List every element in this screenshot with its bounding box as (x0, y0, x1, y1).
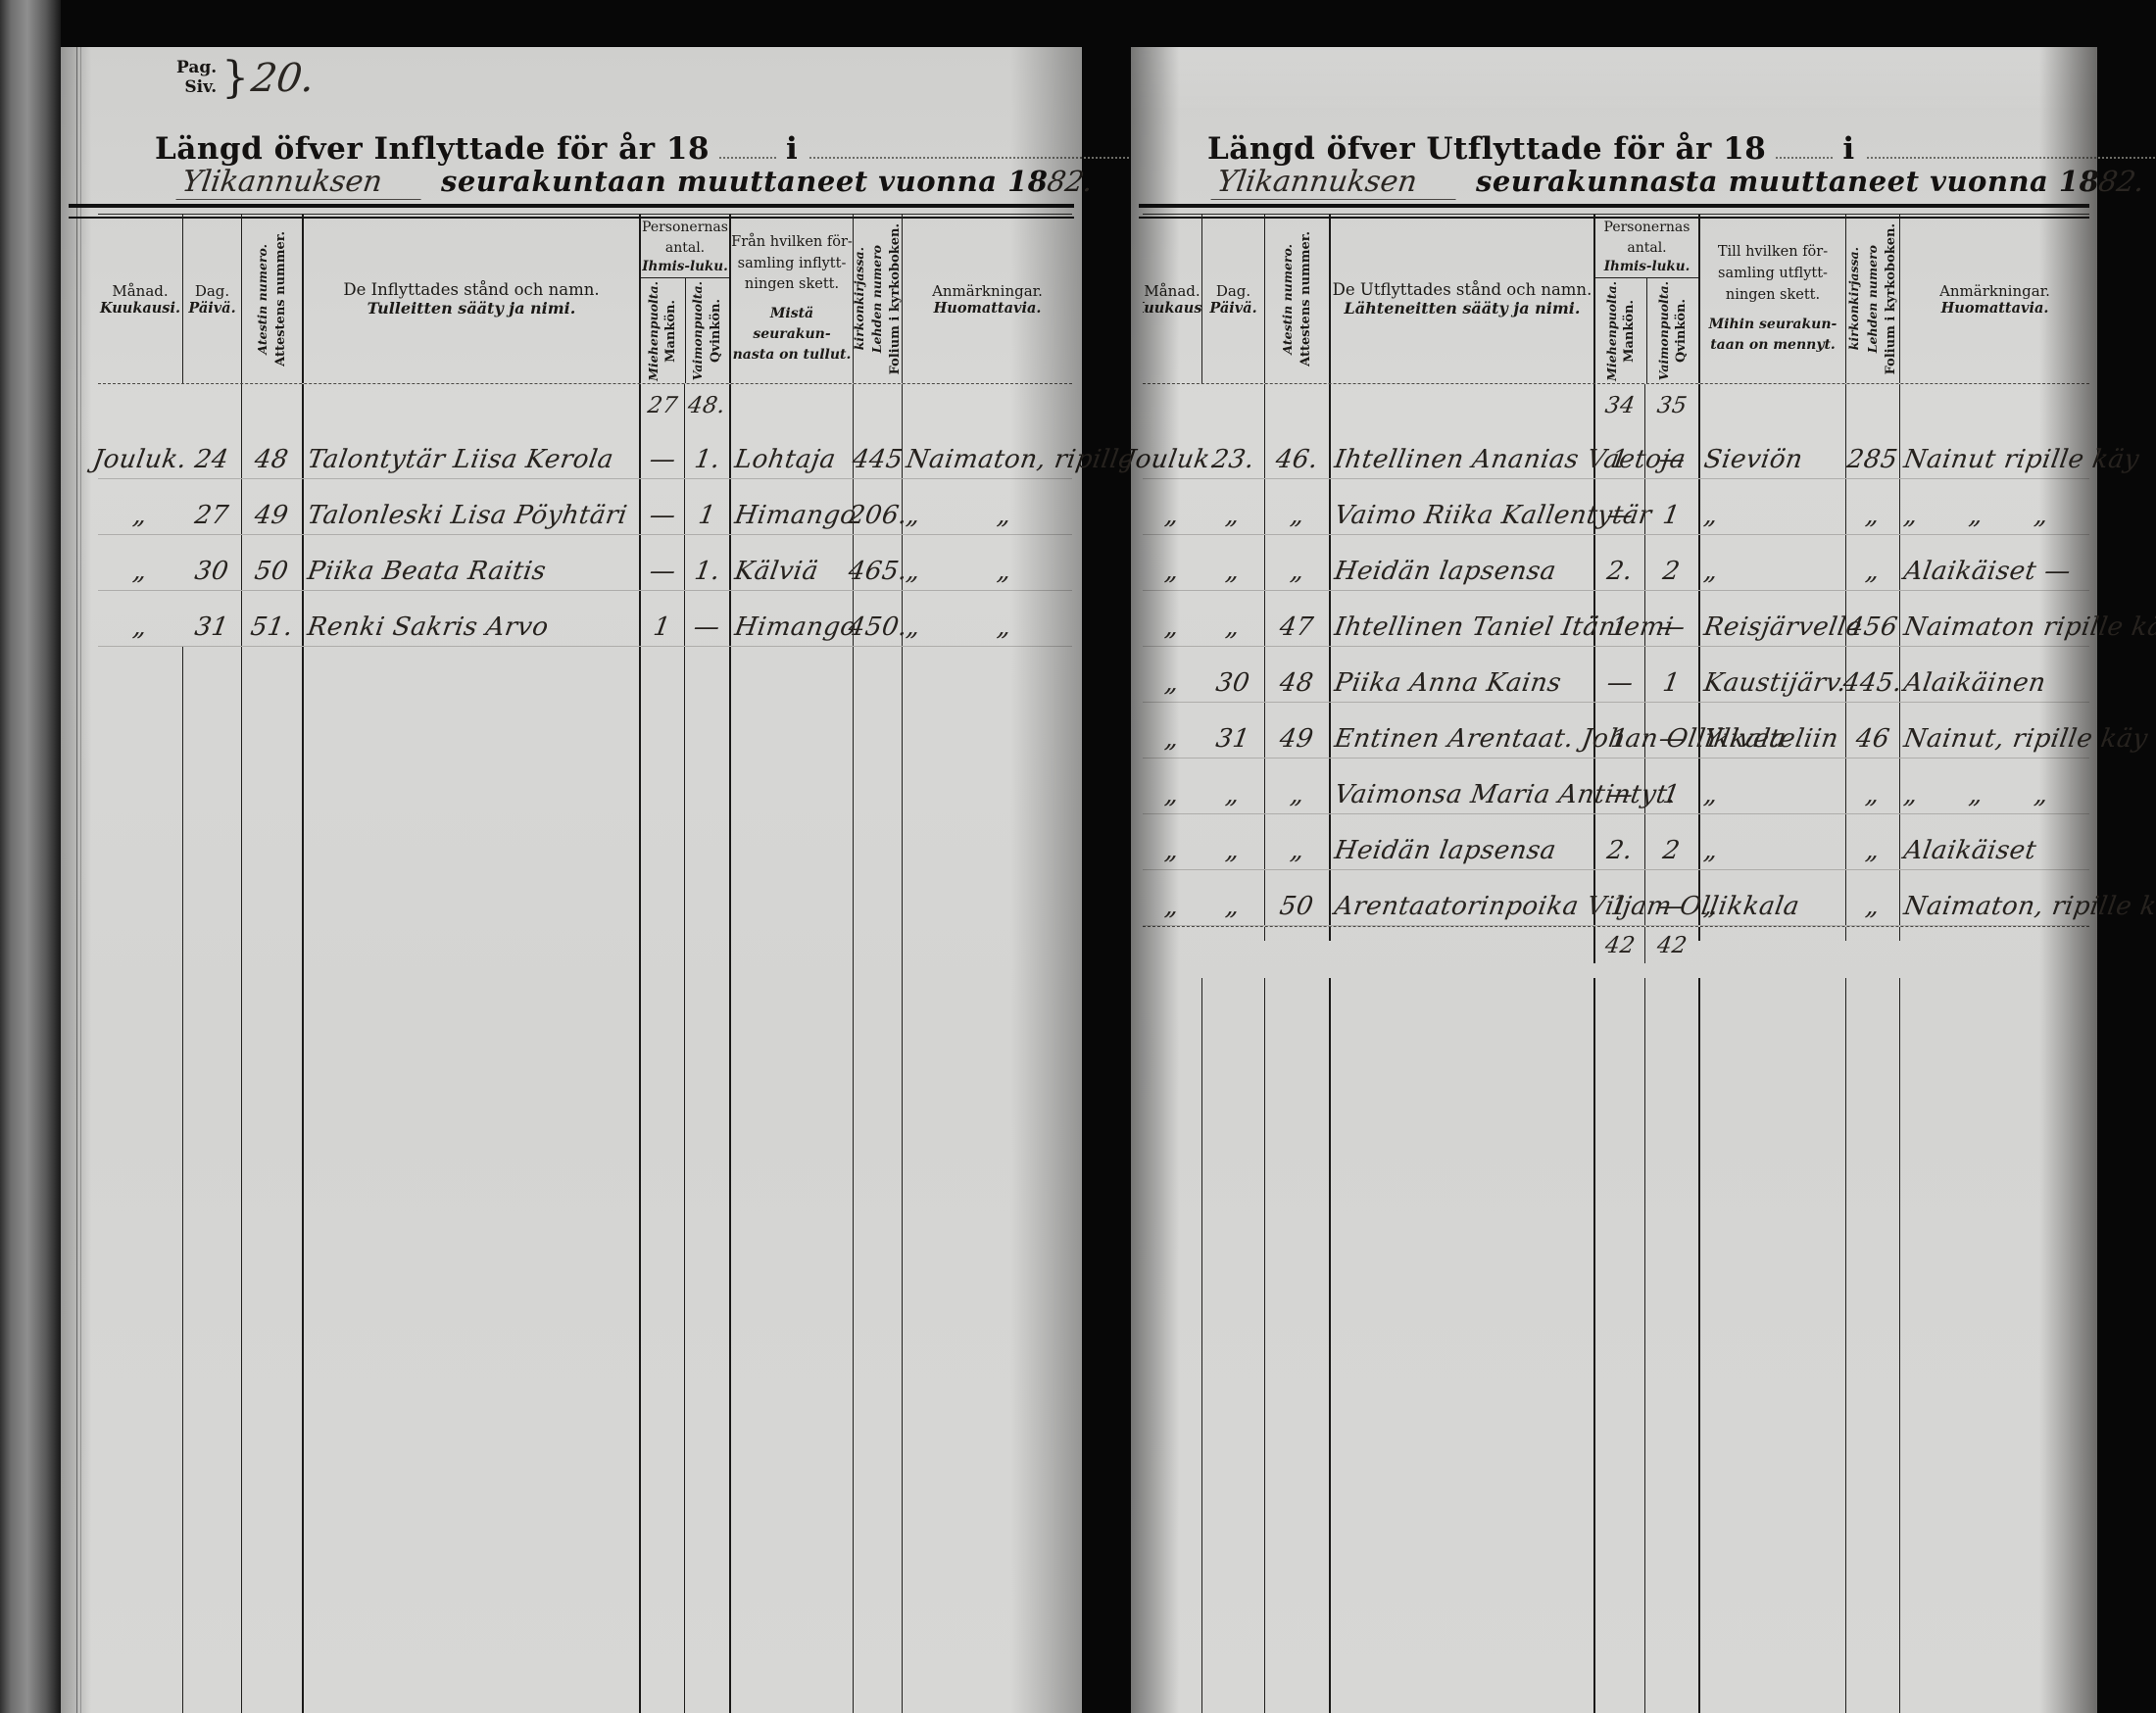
cell-man: 27 (639, 384, 684, 423)
cell-parish: Sieviön (1698, 423, 1845, 478)
cell-man: 42 (1593, 927, 1644, 963)
cell-attest (241, 384, 302, 423)
cell-month: „ (1143, 647, 1201, 702)
cell-attest: „ (1264, 535, 1329, 590)
cell-attest: 50 (241, 535, 302, 590)
page-header: Längd öfver Utflyttade för år 18iförsaml… (1131, 47, 2097, 202)
col-header-name: De Utflyttades stånd och namn. Lähteneit… (1329, 215, 1593, 383)
cell-parish: „ (1698, 479, 1845, 534)
cell-remark: Nainut, ripille käy (1899, 703, 2151, 758)
cell-attest: 49 (1264, 703, 1329, 758)
cell-man: 1 (639, 591, 684, 646)
table-body: 2748. Jouluk.2448Talontytär Liisa Kerola… (98, 384, 1072, 1713)
col-header-attest-number: Atestin numero. Attestens nummer. (1264, 215, 1329, 383)
cell-attest (1264, 927, 1329, 941)
cell-attest: 51. (241, 591, 302, 646)
cell-attest: 48 (241, 423, 302, 478)
empty-ruled-area (1143, 978, 2089, 1713)
cell-parish (729, 384, 853, 423)
cell-folium: „ (1845, 870, 1899, 925)
cell-parish: Reisjärvelle (1698, 591, 1845, 646)
cell-day: 24 (182, 423, 241, 478)
cell-day: 30 (1201, 647, 1264, 702)
col-header-remarks: Anmärkningar. Huomattavia. (902, 215, 1072, 383)
subtitle-printed: seurakuntaan muuttaneet vuonna 18 (441, 165, 1048, 198)
handwritten-year: 82. (2096, 165, 2147, 198)
cell-qvin: 2 (1644, 535, 1698, 590)
carried-totals: 3435 (1143, 384, 2089, 423)
cell-day: „ (1201, 759, 1264, 813)
cell-parish: „ (1698, 814, 1845, 869)
cell-remark (1899, 927, 2089, 941)
cell-remark: „ „ „ (1899, 479, 2089, 534)
blank-parish-line (1867, 127, 2156, 159)
cell-remark: Alaikäiset — (1899, 535, 2089, 590)
bottom-totals: 4242 (1143, 926, 2089, 978)
col-header-to-parish: Till hvilken för- samling utflytt- ninge… (1698, 215, 1845, 383)
cell-day: „ (1201, 535, 1264, 590)
cell-qvin: 1. (684, 535, 729, 590)
person-count-title: Personernas antal. Ihmis-luku. (641, 215, 729, 278)
cell-parish: Kälviä (729, 535, 853, 590)
table-row: „„50Arentaatorinpoika Viljam Ollikkala1—… (1143, 870, 2089, 926)
cell-month: „ (98, 479, 182, 534)
col-header-person-count: Personernas antal. Ihmis-luku. Miehenpuo… (1593, 215, 1698, 383)
handwritten-page-number: 20. (249, 56, 318, 101)
cell-day: „ (1201, 814, 1264, 869)
cell-folium (1845, 927, 1899, 941)
cell-attest: 49 (241, 479, 302, 534)
cell-folium: 465. (853, 535, 902, 590)
printed-title: Längd öfver Inflyttade för år 18iförsaml… (61, 127, 1074, 167)
record-rows: Jouluk.23.46.Ihtellinen Ananias Vaetoja1… (1143, 423, 2089, 926)
cell-parish: Kaustijärv. (1698, 647, 1845, 702)
col-header-remarks: Anmärkningar. Huomattavia. (1899, 215, 2089, 383)
table-row: „3149Entinen Arentaat. Johan Ollikkala1—… (1143, 703, 2089, 759)
cell-day: 27 (182, 479, 241, 534)
cell-man: 34 (1593, 384, 1644, 423)
cell-attest: 48 (1264, 647, 1329, 702)
subtitle: Ylikannuksenseurakunnasta muuttaneet vuo… (1131, 165, 2089, 200)
handwritten-parish-name: Ylikannuksen (175, 165, 425, 200)
cell-attest: „ (1264, 479, 1329, 534)
table-row: „„„Heidän lapsensa2.2„„Alaikäiset (1143, 814, 2089, 870)
col-header-month: Månad. Kuukausi. (98, 215, 182, 383)
title-text: Längd öfver Utflyttade för år 18 (1207, 131, 1766, 167)
cell-day (182, 384, 241, 423)
cell-name: Entinen Arentaat. Johan Ollikkala (1329, 703, 1593, 758)
table-row: „„„Heidän lapsensa2.2„„Alaikäiset — (1143, 535, 2089, 591)
cell-folium: 456 (1845, 591, 1899, 646)
cell-name: Arentaatorinpoika Viljam Ollikkala (1329, 870, 1593, 925)
col-header-male: Miehenpuolta. Mankön. (641, 278, 685, 383)
cell-attest (1264, 384, 1329, 423)
cell-qvin: 1. (684, 423, 729, 478)
cell-folium (1845, 384, 1899, 423)
cell-month: „ (1143, 759, 1201, 813)
table-row: „3048Piika Anna Kains—1Kaustijärv.445.Al… (1143, 647, 2089, 703)
cell-folium: „ (1845, 759, 1899, 813)
cell-folium: 285 (1845, 423, 1899, 478)
cell-name (1329, 384, 1593, 423)
blank-year-line (719, 127, 776, 159)
printed-title: Längd öfver Utflyttade för år 18iförsaml… (1131, 127, 2089, 167)
cell-folium: 450. (853, 591, 902, 646)
col-header-day: Dag. Päivä. (182, 215, 241, 383)
cell-name: Renki Sakris Arvo (302, 591, 639, 646)
cell-remark (1899, 384, 2089, 423)
cell-remark: Alaikäinen (1899, 647, 2089, 702)
cell-month (1143, 927, 1201, 941)
cell-man: — (639, 423, 684, 478)
cell-month: Jouluk. (98, 423, 182, 478)
cell-name: Piika Beata Raitis (302, 535, 639, 590)
cell-folium: „ (1845, 535, 1899, 590)
cell-name (302, 384, 639, 423)
cell-name: Piika Anna Kains (1329, 647, 1593, 702)
table-header-row: Månad. Kuukausi. Dag. Päivä. Atestin num… (98, 214, 1072, 384)
cell-parish (1698, 384, 1845, 423)
cell-month: „ (1143, 535, 1201, 590)
col-header-male: Miehenpuolta. Mankön. (1595, 278, 1646, 383)
handwritten-year: 82. (1045, 165, 1096, 198)
title-i: i (786, 131, 798, 167)
cell-parish: Lohtaja (729, 423, 853, 478)
cell-month: „ (98, 535, 182, 590)
cell-day: 31 (1201, 703, 1264, 758)
table-row: „„„Vaimo Riika Kallentytär—1„„„ „ „ (1143, 479, 2089, 535)
empty-ruled-area (98, 647, 1072, 1713)
page-number-block: Pag. Siv. } 20. (176, 53, 315, 103)
cell-attest: 47 (1264, 591, 1329, 646)
cell-name: Vaimonsa Maria Antintyt. (1329, 759, 1593, 813)
person-count-title: Personernas antal. Ihmis-luku. (1595, 215, 1698, 278)
table-row: „3151.Renki Sakris Arvo1—Himango450.„ „ (98, 591, 1072, 647)
cell-name: Ihtellinen Taniel Itäniemi (1329, 591, 1593, 646)
cell-remark: „ „ (902, 479, 1072, 534)
blank-parish-line (809, 127, 1133, 159)
cell-qvin: 1 (684, 479, 729, 534)
cell-day: 31 (182, 591, 241, 646)
cell-man: — (639, 479, 684, 534)
cell-month: „ (98, 591, 182, 646)
cell-name: Ihtellinen Ananias Vaetoja (1329, 423, 1593, 478)
cell-attest: „ (1264, 759, 1329, 813)
cell-name: Vaimo Riika Kallentytär (1329, 479, 1593, 534)
cell-parish: „ (1698, 535, 1845, 590)
cell-parish: Himango (729, 591, 853, 646)
cell-month (98, 384, 182, 423)
cell-folium: 206. (853, 479, 902, 534)
cell-remark: Nainut ripille käy (1899, 423, 2143, 478)
table-row: 2748. (98, 384, 1072, 423)
cell-day (1201, 384, 1264, 423)
handwritten-parish-name: Ylikannuksen (1210, 165, 1460, 200)
cell-name: Talonleski Lisa Pöyhtäri (302, 479, 639, 534)
cell-folium: 445 (853, 423, 902, 478)
table-row: „„47Ihtellinen Taniel Itäniemi1—Reisjärv… (1143, 591, 2089, 647)
cell-attest: 46. (1264, 423, 1329, 478)
cell-month: Jouluk. (1143, 423, 1201, 478)
col-header-from-parish: Från hvilken för- samling inflytt- ninge… (729, 215, 853, 383)
cell-remark: „ „ (902, 591, 1072, 646)
cell-remark: Naimaton, ripille käy (1899, 870, 2156, 925)
table-row: Jouluk.2448Talontytär Liisa Kerola—1.Loh… (98, 423, 1072, 479)
table-body: 3435 Jouluk.23.46.Ihtellinen Ananias Vae… (1143, 384, 2089, 1713)
cell-folium (853, 384, 902, 423)
cell-name: Talontytär Liisa Kerola (302, 423, 639, 478)
title-i: i (1842, 131, 1854, 167)
cell-remark: „ „ (902, 535, 1072, 590)
cell-remark: „ „ „ (1899, 759, 2089, 813)
cell-month: „ (1143, 814, 1201, 869)
blank-year-line (1776, 127, 1833, 159)
cell-remark: Alaikäiset (1899, 814, 2089, 869)
cell-qvin: 2 (1644, 814, 1698, 869)
title-text: Längd öfver Inflyttade för år 18 (155, 131, 710, 167)
cell-parish: „ (1698, 759, 1845, 813)
cell-qvin: 35 (1644, 384, 1698, 423)
col-header-day: Dag. Päivä. (1201, 215, 1264, 383)
record-rows: Jouluk.2448Talontytär Liisa Kerola—1.Loh… (98, 423, 1072, 647)
cell-name (1329, 927, 1593, 941)
table-row: „3050Piika Beata Raitis—1.Kälviä465.„ „ (98, 535, 1072, 591)
cell-man: — (1593, 647, 1644, 702)
cell-attest: „ (1264, 814, 1329, 869)
utflyttade-table: Månad. Kuukausi. Dag. Päivä. Atestin num… (1143, 214, 2089, 1713)
cell-parish: Yliveteliin (1698, 703, 1845, 758)
col-header-folium: kirkonkirjassa. Lehden numero Folium i k… (853, 215, 902, 383)
page-inflyttade: Pag. Siv. } 20. Längd öfver Inflyttade f… (61, 47, 1082, 1713)
subtitle: Ylikannuksenseurakuntaan muuttaneet vuon… (61, 165, 1074, 200)
cell-remark: Naimaton ripille käy (1899, 591, 2156, 646)
pag-label: Pag. (176, 59, 217, 78)
page-number-labels: Pag. Siv. (176, 59, 217, 97)
cell-folium: 46 (1845, 703, 1899, 758)
brace-glyph: } (221, 53, 249, 103)
cell-day: „ (1201, 591, 1264, 646)
scanner-edge-strip (0, 0, 61, 1713)
col-header-female: Vaimonpuolta. Qvinkön. (685, 278, 730, 383)
table-row: 3435 (1143, 384, 2089, 423)
siv-label: Siv. (176, 78, 217, 98)
col-header-female: Vaimonpuolta. Qvinkön. (1646, 278, 1698, 383)
col-header-name: De Inflyttades stånd och namn. Tulleitte… (302, 215, 639, 383)
cell-man: 2. (1593, 814, 1644, 869)
subtitle-printed: seurakunnasta muuttaneet vuonna 18 (1476, 165, 2099, 198)
col-header-person-count: Personernas antal. Ihmis-luku. Miehenpuo… (639, 215, 729, 383)
cell-folium: „ (1845, 814, 1899, 869)
cell-folium: 445. (1845, 647, 1899, 702)
col-header-folium: kirkonkirjassa. Lehden numero Folium i k… (1845, 215, 1899, 383)
inflyttade-table: Månad. Kuukausi. Dag. Päivä. Atestin num… (98, 214, 1072, 1713)
col-header-month: Månad. Kuukausi. (1143, 215, 1201, 383)
cell-qvin: 42 (1644, 927, 1698, 963)
cell-man: 2. (1593, 535, 1644, 590)
cell-month: „ (1143, 479, 1201, 534)
cell-qvin: 48. (684, 384, 729, 423)
cell-qvin: — (684, 591, 729, 646)
table-row: „2749Talonleski Lisa Pöyhtäri—1Himango20… (98, 479, 1072, 535)
cell-folium: „ (1845, 479, 1899, 534)
cell-month: „ (1143, 703, 1201, 758)
table-row: Jouluk.23.46.Ihtellinen Ananias Vaetoja1… (1143, 423, 2089, 479)
cell-day: 30 (182, 535, 241, 590)
cell-qvin: 1 (1644, 647, 1698, 702)
cell-attest: 50 (1264, 870, 1329, 925)
cell-name: Heidän lapsensa (1329, 535, 1593, 590)
table-row: 4242 (1143, 926, 2089, 978)
cell-day: „ (1201, 870, 1264, 925)
cell-month: „ (1143, 870, 1201, 925)
cell-day (1201, 927, 1264, 941)
carried-totals: 2748. (98, 384, 1072, 423)
col-header-attest-number: Atestin numero. Attestens nummer. (241, 215, 302, 383)
table-header-row: Månad. Kuukausi. Dag. Päivä. Atestin num… (1143, 214, 2089, 384)
cell-parish (1698, 927, 1845, 941)
page-header: Pag. Siv. } 20. Längd öfver Inflyttade f… (61, 47, 1082, 202)
cell-day: „ (1201, 479, 1264, 534)
page-utflyttade: Längd öfver Utflyttade för år 18iförsaml… (1131, 47, 2097, 1713)
cell-month (1143, 384, 1201, 423)
cell-name: Heidän lapsensa (1329, 814, 1593, 869)
cell-man: — (639, 535, 684, 590)
table-row: „„„Vaimonsa Maria Antintyt.—1„„„ „ „ (1143, 759, 2089, 814)
cell-remark (902, 384, 1072, 423)
cell-parish: Himango (729, 479, 853, 534)
cell-month: „ (1143, 591, 1201, 646)
